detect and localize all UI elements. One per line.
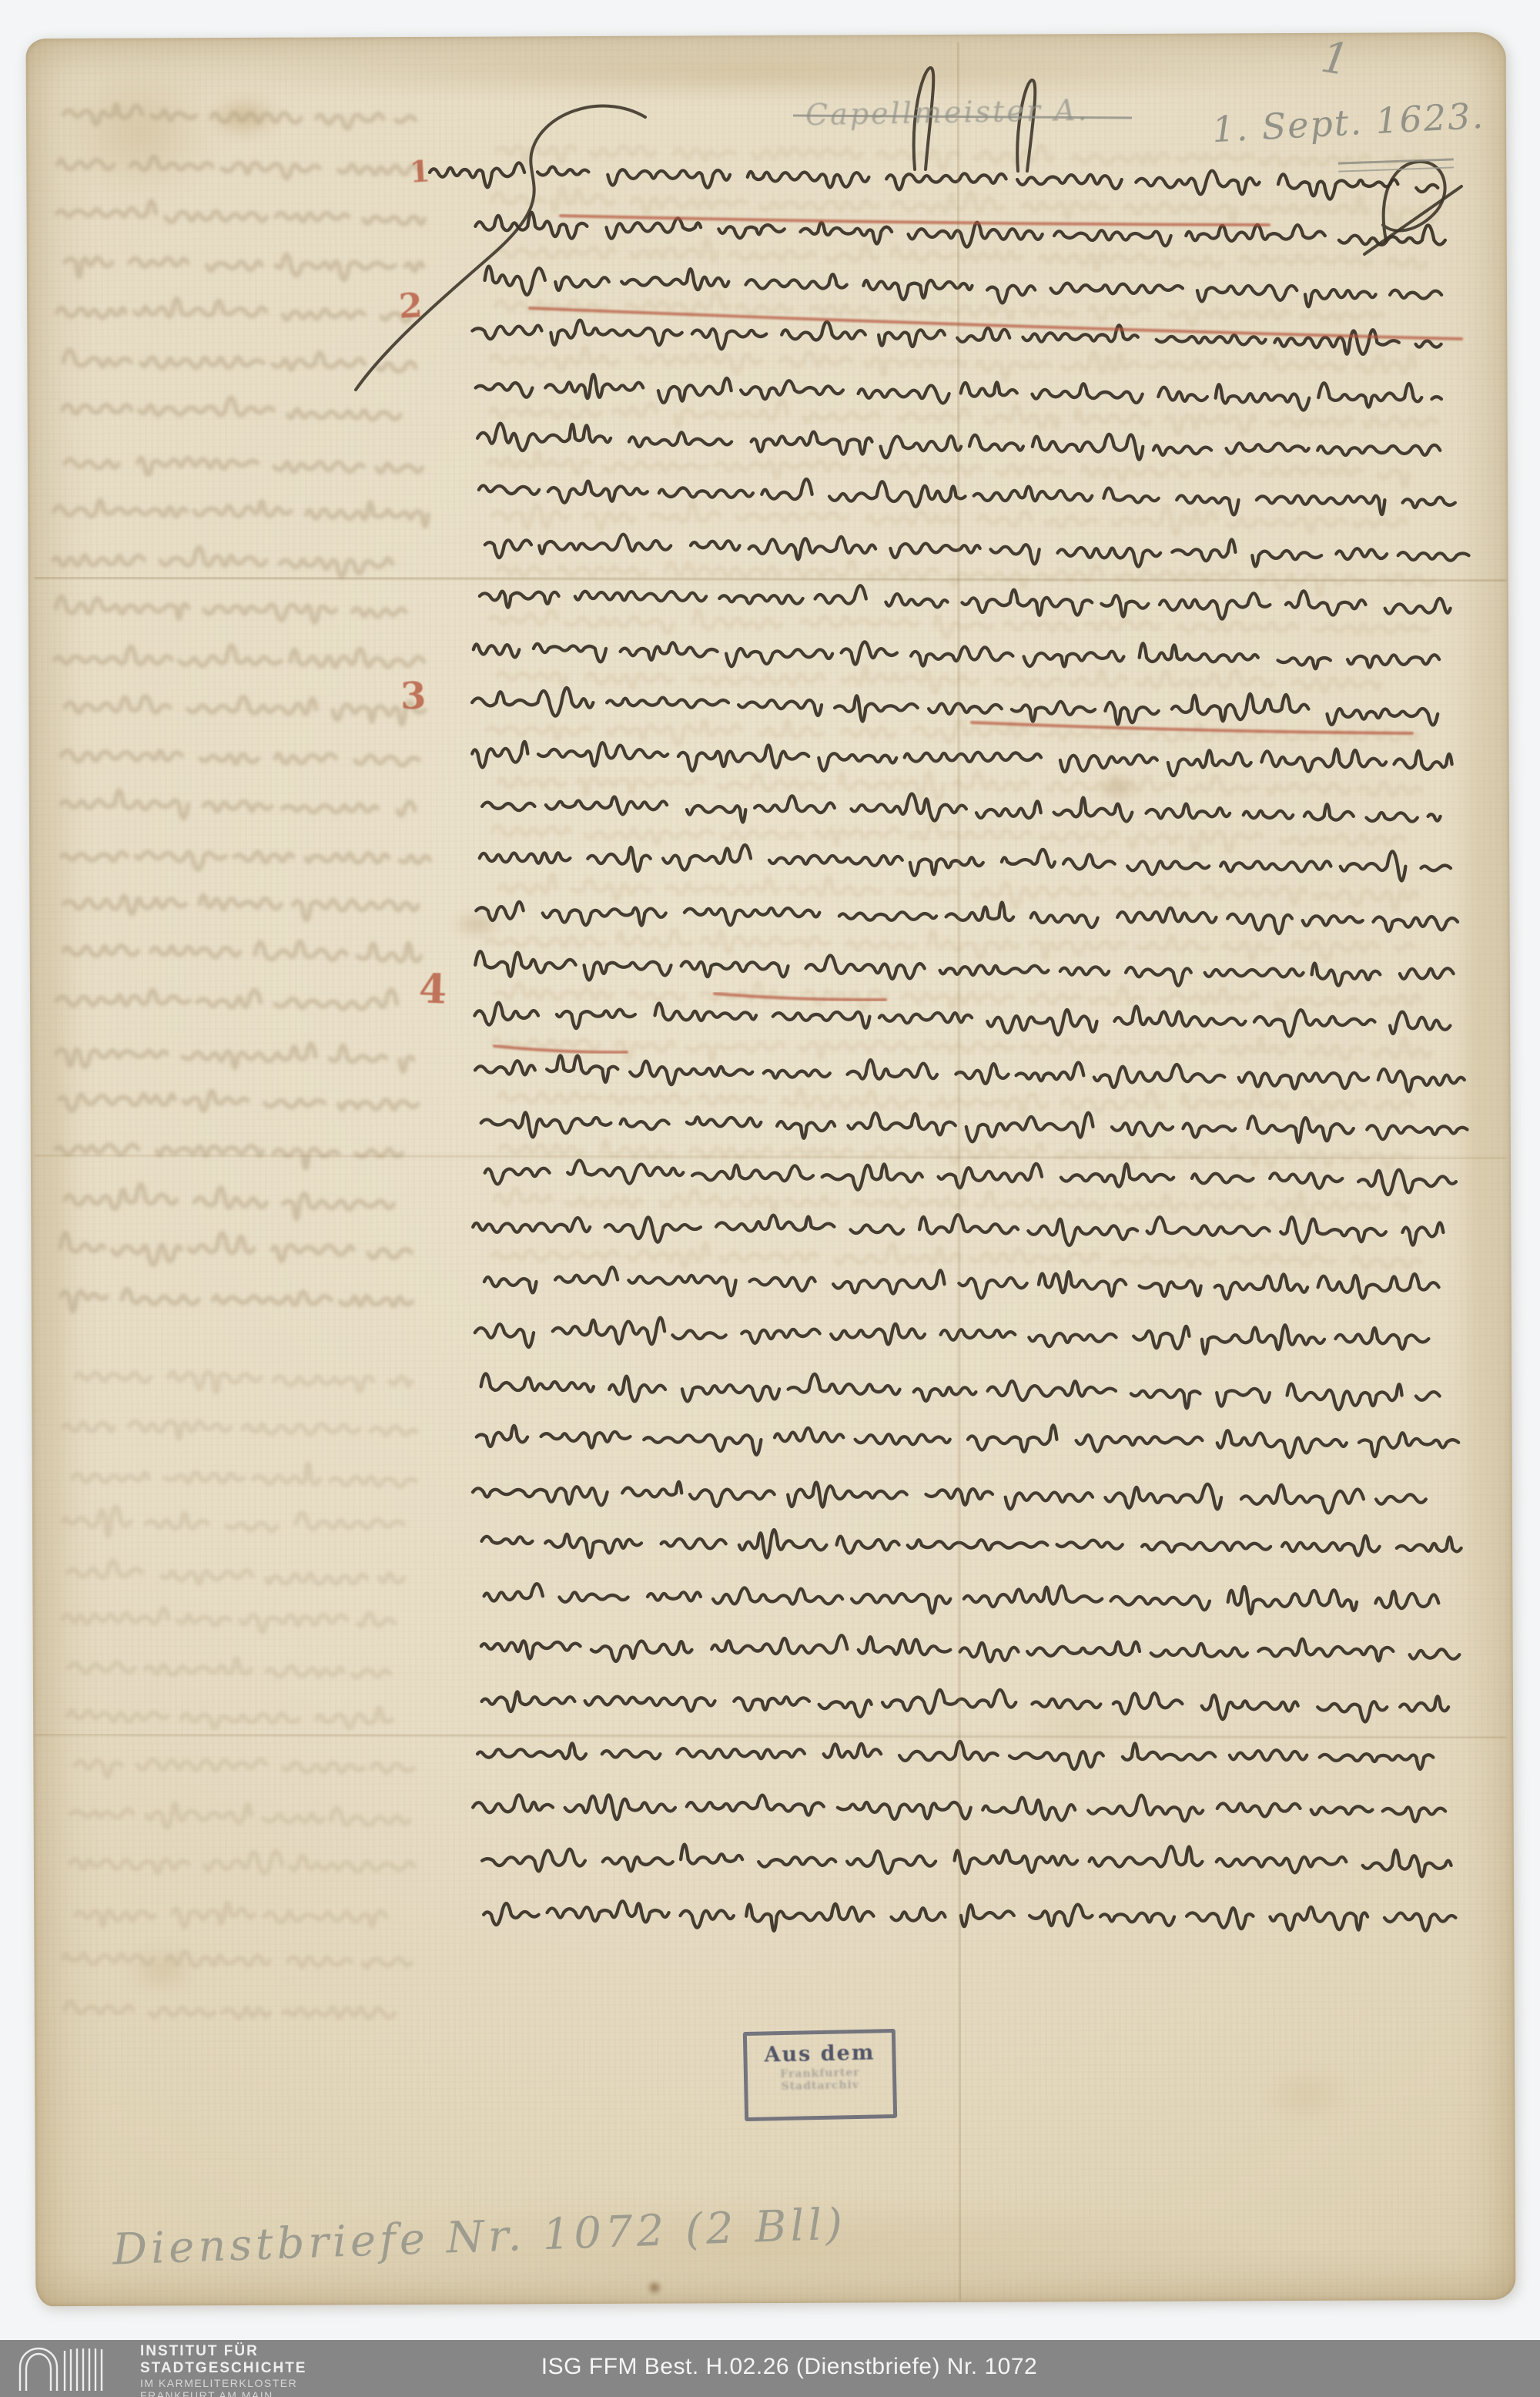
institute-line4: FRANKFURT AM MAIN [140, 2390, 306, 2397]
footer-bar: INSTITUT FÜR STADTGESCHICHTE IM KARMELIT… [0, 2340, 1540, 2397]
manuscript-page [26, 32, 1516, 2306]
paper-texture [26, 32, 1516, 2306]
scan-background: 1234 1 1. Sept. 1623. Capellmeister A. A… [0, 0, 1540, 2397]
footer-shelfmark: ISG FFM Best. H.02.26 (Dienstbriefe) Nr.… [19, 2354, 1540, 2380]
